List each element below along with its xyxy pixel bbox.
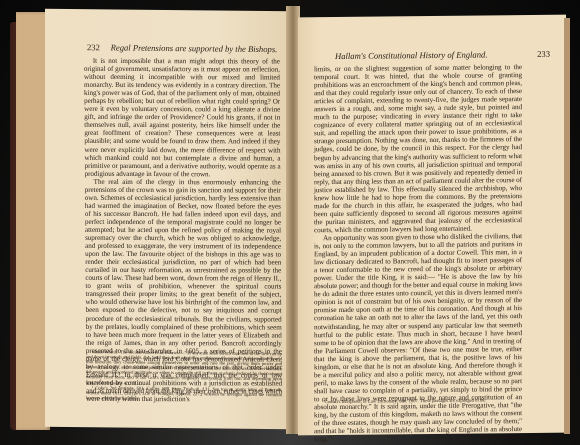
left-page: 232 Regal Pretensions are supported by t… [45, 9, 290, 430]
page-edges-right [564, 18, 570, 434]
right-running-head: Hallam's Constitutional History of Engla… [318, 49, 550, 61]
footnote: ¹ Coke's 2nd Institute, 601. Collier, 68… [86, 385, 282, 402]
paragraph: An opportunity was soon given to those w… [314, 232, 522, 443]
paragraph: It is not impossible that a man might ad… [84, 57, 281, 178]
left-footnotes: whole World." The second canon is as fol… [86, 349, 282, 402]
left-running-head: 232 Regal Pretensions are supported by t… [87, 42, 277, 54]
right-running-title: Hallam's Constitutional History of Engla… [335, 49, 487, 61]
right-page-number: 233 [537, 49, 550, 59]
right-body-text: limits, or on the slightest suggestion o… [314, 63, 522, 443]
left-page-number: 232 [87, 42, 100, 52]
paragraph: limits, or on the slightest suggestion o… [314, 63, 522, 234]
right-page: Hallam's Constitutional History of Engla… [298, 15, 566, 436]
left-running-title: Regal Pretensions are supported by the B… [111, 42, 278, 54]
footnote: whole World." The second canon is as fol… [86, 349, 282, 387]
